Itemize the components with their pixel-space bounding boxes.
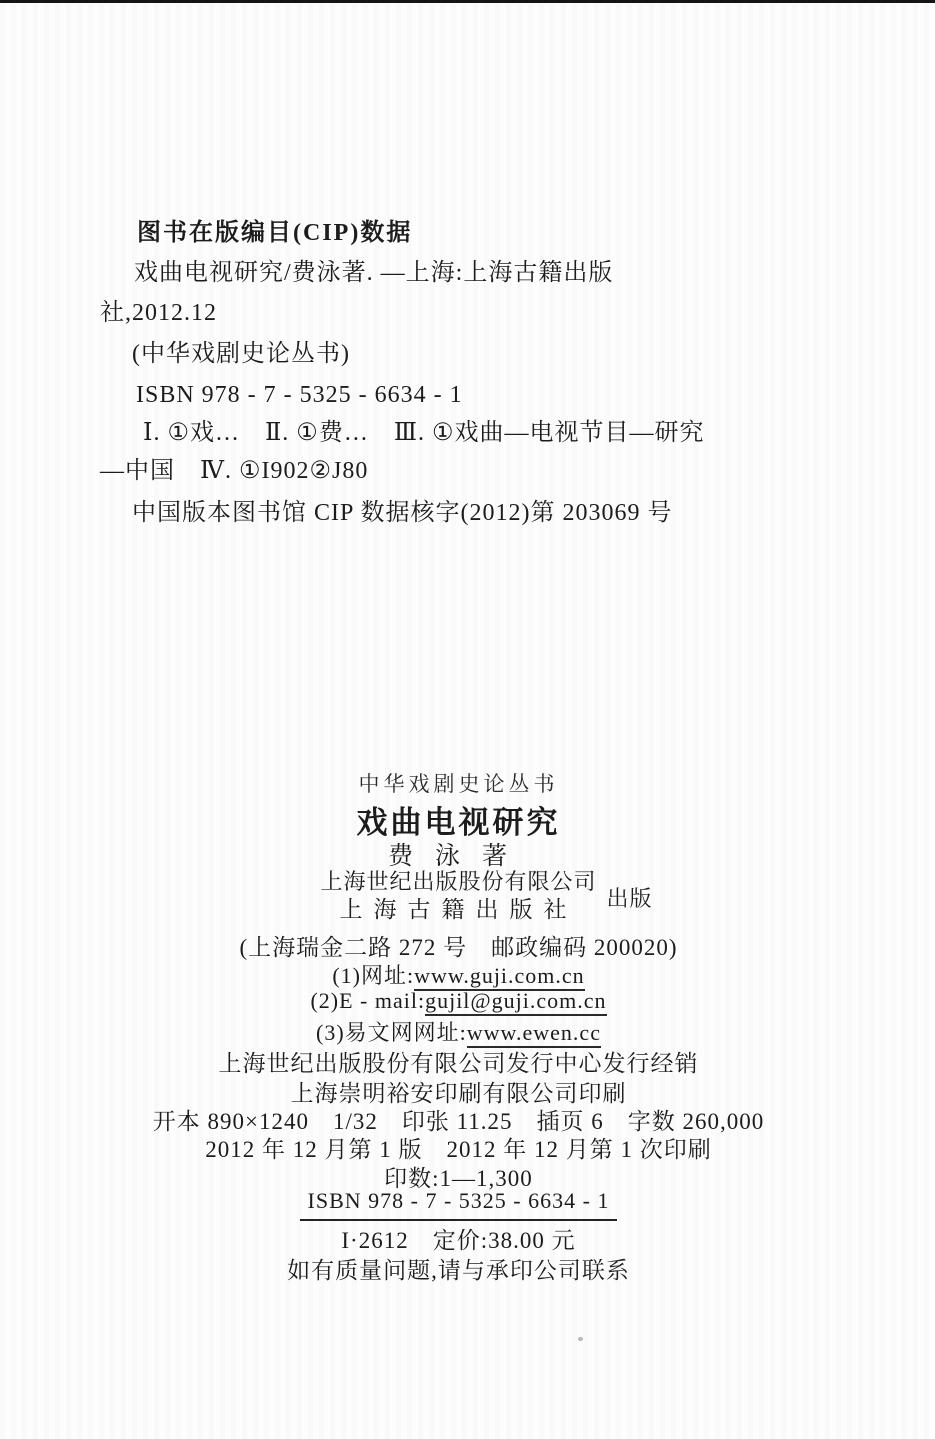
cip-classification-line2: —中国 Ⅳ. ①I902②J80: [100, 457, 368, 485]
cip-title-statement: 戏曲电视研究/费泳著. —上海:上海古籍出版: [134, 259, 613, 287]
scan-edge-line: [0, 0, 935, 3]
cip-title-statement-wrap: 社,2012.12: [100, 299, 217, 327]
publisher-block: 上海世纪出版股份有限公司 上海古籍出版社 出版: [0, 868, 917, 924]
publisher-press-name: 上海古籍出版社: [320, 895, 596, 924]
quality-note: 如有质量问题,请与承印公司联系: [0, 1252, 917, 1285]
email-address: gujil@guji.com.cn: [425, 988, 606, 1016]
publisher-group-name: 上海世纪出版股份有限公司: [320, 868, 596, 895]
series-title: 中华戏剧史论丛书: [0, 768, 917, 798]
price-line: I·2612 定价:38.00 元: [0, 1222, 917, 1255]
ewen-url: www.ewen.cc: [467, 1020, 601, 1048]
cip-heading: 图书在版编目(CIP)数据: [137, 219, 412, 247]
cip-series-note: (中华戏剧史论丛书): [132, 340, 350, 368]
scanned-book-page: 图书在版编目(CIP)数据 戏曲电视研究/费泳著. —上海:上海古籍出版 社,2…: [0, 0, 935, 1439]
distribution-line: 上海世纪出版股份有限公司发行中心发行经销: [0, 1045, 917, 1078]
cip-isbn: ISBN 978 - 7 - 5325 - 6634 - 1: [136, 381, 463, 409]
cip-classification-line1: Ⅰ. ①戏… Ⅱ. ①费… Ⅲ. ①戏曲—电视节目—研究: [143, 419, 704, 447]
isbn-block: ISBN 978 - 7 - 5325 - 6634 - 1: [0, 1188, 917, 1221]
publisher-lines: 上海世纪出版股份有限公司 上海古籍出版社 出版: [320, 868, 596, 924]
isbn-number: ISBN 978 - 7 - 5325 - 6634 - 1: [300, 1188, 618, 1221]
website-url: www.guji.com.cn: [414, 963, 585, 991]
website-line: (1)网址:www.guji.com.cn: [0, 959, 917, 990]
ewen-website-line: (3)易文网网址:www.ewen.cc: [0, 1016, 917, 1047]
publish-word: 出版: [606, 882, 652, 913]
ewen-label: (3)易文网网址:: [316, 1020, 467, 1045]
scan-speck: [578, 1337, 583, 1341]
author-name: 费泳著: [0, 836, 917, 872]
email-label: (2)E - mail:: [310, 988, 425, 1013]
website-label: (1)网址:: [332, 963, 414, 988]
publisher-address: (上海瑞金二路 272 号 邮政编码 200020): [0, 929, 917, 962]
email-line: (2)E - mail:gujil@guji.com.cn: [0, 988, 917, 1014]
cip-record-number: 中国版本图书馆 CIP 数据核字(2012)第 203069 号: [132, 499, 672, 527]
